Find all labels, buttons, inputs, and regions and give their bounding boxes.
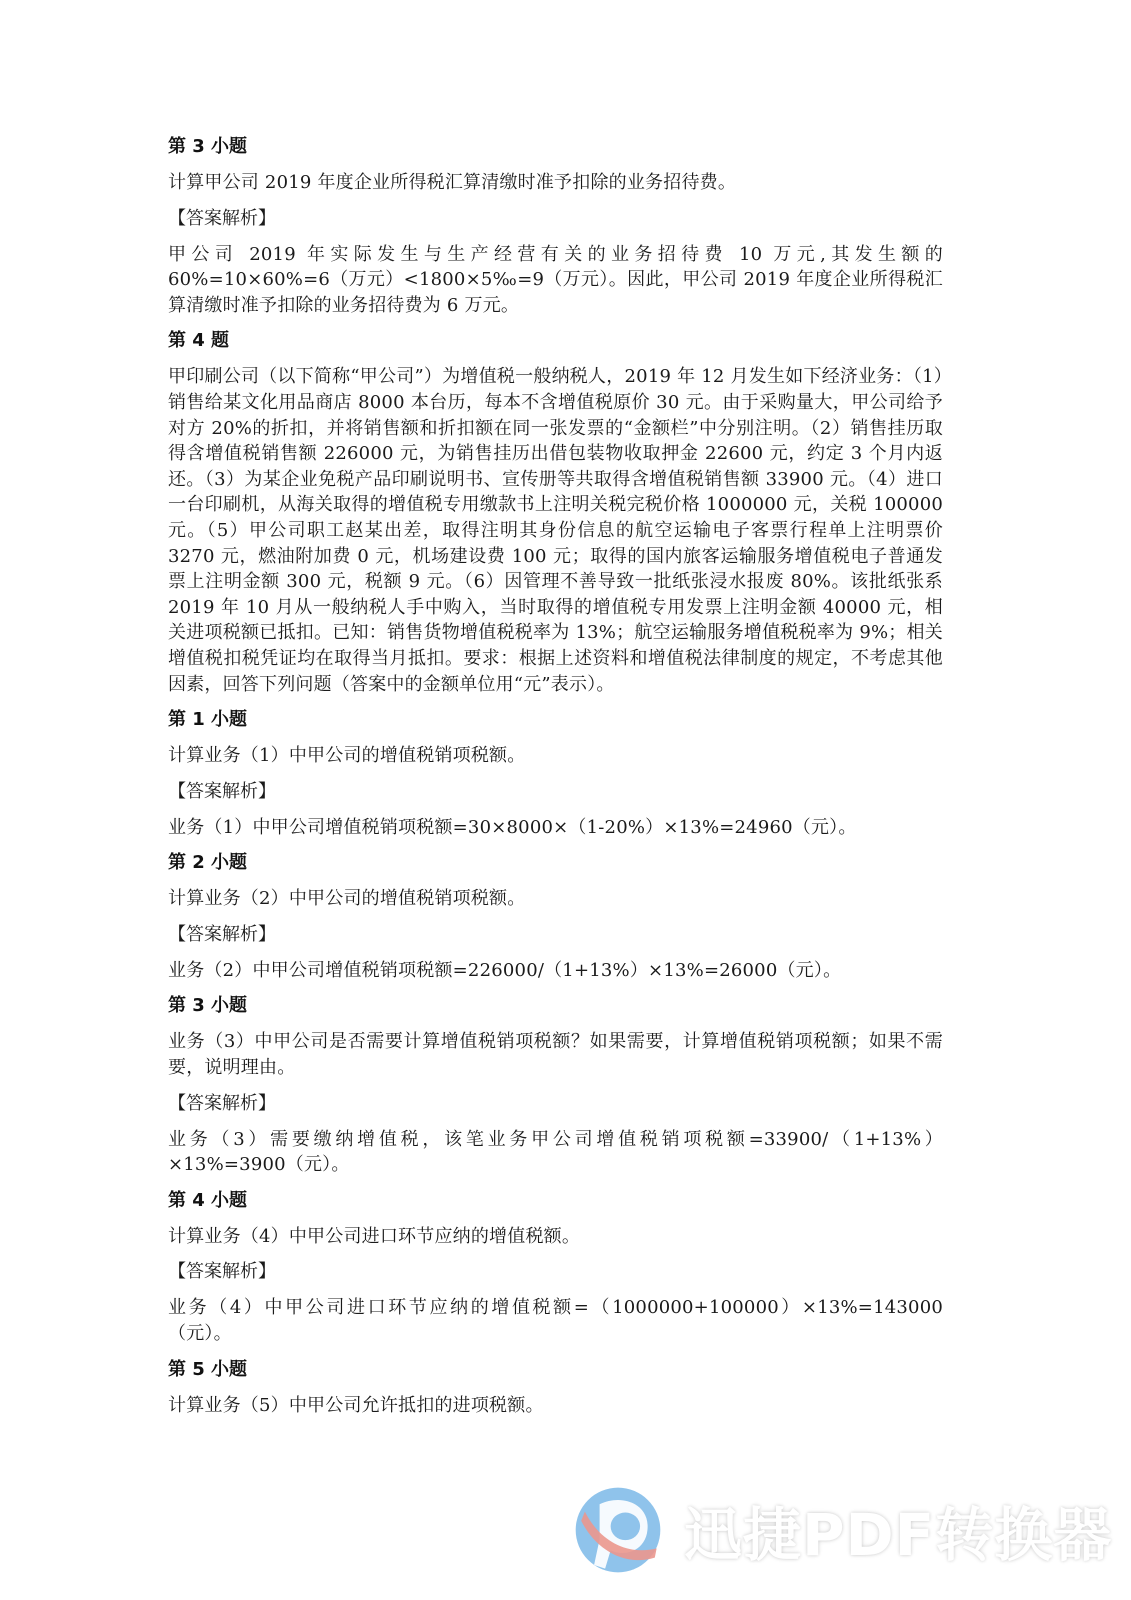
sub-question-heading: 第 5 小题	[168, 1357, 943, 1383]
sub-question-heading: 第 1 小题	[168, 707, 943, 733]
sub-question-heading: 第 3 小题	[168, 993, 943, 1019]
answer-text: 业务（1）中甲公司增值税销项税额=30×8000×（1-20%）×13%=249…	[168, 815, 943, 841]
watermark-text: 迅捷PDF转换器	[684, 1488, 1112, 1572]
sub-question-heading: 第 3 小题	[168, 134, 943, 160]
answer-label: 【答案解析】	[168, 922, 943, 948]
document-page: 第 3 小题 计算甲公司 2019 年度企业所得税汇算清缴时准予扣除的业务招待费…	[168, 134, 943, 1428]
answer-label: 【答案解析】	[168, 779, 943, 805]
sub-question-heading: 第 2 小题	[168, 850, 943, 876]
answer-label: 【答案解析】	[168, 206, 943, 232]
answer-text: 业务（4）中甲公司进口环节应纳的增值税额=（1000000+100000）×13…	[168, 1295, 943, 1346]
question-heading: 第 4 题	[168, 328, 943, 354]
answer-label: 【答案解析】	[168, 1091, 943, 1117]
question-stem: 甲印刷公司（以下简称“甲公司”）为增值税一般纳税人，2019 年 12 月发生如…	[168, 364, 943, 697]
watermark: 迅捷PDF转换器	[572, 1482, 1112, 1578]
sub-question-heading: 第 4 小题	[168, 1188, 943, 1214]
answer-text: 业务（2）中甲公司增值税销项税额=226000/（1+13%）×13%=2600…	[168, 958, 943, 984]
answer-label: 【答案解析】	[168, 1259, 943, 1285]
question-text: 计算业务（5）中甲公司允许抵扣的进项税额。	[168, 1393, 943, 1419]
question-text: 业务（3）中甲公司是否需要计算增值税销项税额？如果需要，计算增值税销项税额；如果…	[168, 1029, 943, 1080]
question-text: 计算业务（1）中甲公司的增值税销项税额。	[168, 743, 943, 769]
xunjie-pdf-logo-icon	[572, 1484, 664, 1576]
answer-text: 甲公司 2019 年实际发生与生产经营有关的业务招待费 10 万元,其发生额的 …	[168, 242, 943, 319]
question-text: 计算业务（4）中甲公司进口环节应纳的增值税额。	[168, 1224, 943, 1250]
answer-text: 业务（3）需要缴纳增值税，该笔业务甲公司增值税销项税额=33900/（1+13%…	[168, 1127, 943, 1178]
question-text: 计算甲公司 2019 年度企业所得税汇算清缴时准予扣除的业务招待费。	[168, 170, 943, 196]
question-text: 计算业务（2）中甲公司的增值税销项税额。	[168, 886, 943, 912]
